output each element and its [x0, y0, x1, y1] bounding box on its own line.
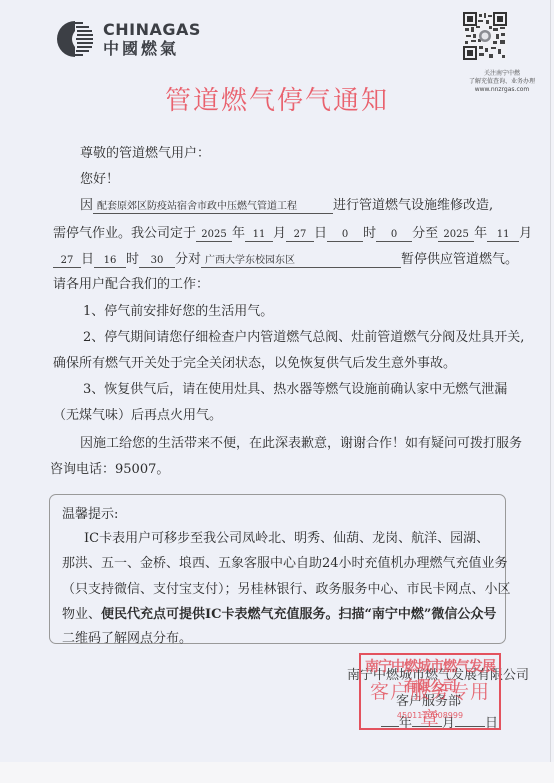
logo-english: CHINAGAS	[103, 22, 201, 38]
end-minute: 30	[139, 255, 175, 268]
suspend-text: 暂停供应管道燃气。	[401, 252, 518, 267]
end-hour: 16	[94, 255, 126, 268]
tips-line-4-bold: 便民代充点可提供IC卡表燃气充值服务。扫描“南宁中燃”微信公众号	[101, 607, 496, 622]
tips-heading: 温馨提示:	[62, 503, 118, 522]
salutation: 尊敬的管道燃气用户：	[80, 142, 210, 161]
unit-hour: 时	[126, 252, 139, 267]
page-title: 管道燃气停气通知	[0, 80, 554, 117]
end-day: 27	[53, 255, 81, 268]
end-year: 2025	[438, 229, 474, 242]
chinagas-logo: CHINAGAS 中國燃氣	[55, 20, 201, 58]
instruction-item-3-cont: （无煤气味）后再点火用气。	[53, 404, 222, 423]
for-label: 分对	[175, 252, 201, 267]
instructions-intro: 请各用户配合我们的工作：	[53, 273, 209, 292]
area-field: 广西大学东校园东区	[201, 255, 401, 268]
tips-line-5: 二维码了解网点分布。	[62, 627, 192, 646]
reason-prefix: 因	[80, 198, 93, 213]
apology-line-1: 因施工给您的生活带来不便，在此深表歉意，谢谢合作！如有疑问可拨打服务	[80, 432, 522, 451]
notice-line-1: 因配套原郊区防疫站宿舍市政中压燃气管道工程进行管道燃气设施维修改造,	[80, 194, 493, 214]
qr-caption-line: 关注南宁中燃	[450, 70, 554, 78]
service-hotline: 咨询电话：95007。	[50, 458, 169, 477]
stamp-code: 4501110008999	[361, 711, 499, 720]
instruction-item-2: 2、停气期间请您仔细检查户内管道燃气总阀、灶前管道燃气分阀及灶具开关,	[83, 326, 524, 345]
schedule-prefix: 需停气作业。我公司定于	[53, 226, 196, 241]
tips-line-2: 那洪、五一、金桥、埌西、五象客服中心自助24小时充值机办理燃气充值业务	[62, 552, 508, 571]
logo-chinese: 中國燃氣	[103, 41, 201, 57]
chinagas-logo-icon	[55, 19, 95, 59]
unit-day: 日	[314, 226, 327, 241]
end-month: 11	[487, 229, 519, 242]
tips-line-4-normal: 物业、	[62, 607, 101, 622]
notice-page: CHINAGAS 中國燃氣 关注南宁中燃 了解充值查询、业务办理 www.nnz…	[0, 0, 551, 762]
to-label: 分至	[412, 226, 438, 241]
notice-line-3: 27日16时30分对广西大学东校园东区暂停供应管道燃气。	[53, 248, 518, 268]
unit-day: 日	[81, 252, 94, 267]
page-bottom-margin	[0, 762, 554, 783]
instruction-item-2-cont: 确保所有燃气开关处于完全关闭状态，以免恢复供气后发生意外事故。	[53, 352, 456, 371]
tips-line-1: IC卡表用户可移步至我公司凤岭北、明秀、仙葫、龙岗、航洋、园湖、	[84, 527, 489, 546]
start-year: 2025	[196, 229, 232, 242]
unit-month: 月	[273, 226, 286, 241]
unit-year: 年	[474, 226, 487, 241]
unit-hour: 时	[363, 226, 376, 241]
greeting-hello: 您好！	[80, 168, 119, 187]
stamp-purpose: 客户服务专用章	[361, 677, 499, 731]
unit-month: 月	[519, 226, 532, 241]
reason-suffix: 进行管道燃气设施维修改造,	[333, 198, 493, 213]
start-minute: 0	[376, 229, 412, 242]
reason-field: 配套原郊区防疫站宿舍市政中压燃气管道工程	[93, 201, 333, 214]
unit-year: 年	[232, 226, 245, 241]
tips-line-3: （只支持微信、支付宝支付）；另桂林银行、政务服务中心、市民卡网点、小区	[62, 578, 511, 597]
instruction-item-1: 1、停气前安排好您的生活用气。	[83, 300, 273, 319]
tips-line-4: 物业、便民代充点可提供IC卡表燃气充值服务。扫描“南宁中燃”微信公众号	[62, 603, 496, 622]
notice-line-2: 需停气作业。我公司定于2025年11月27日0时0分至2025年11月	[53, 222, 532, 242]
official-stamp: 南宁中燃城市燃气发展有限公司 客户服务专用章 4501110008999	[359, 653, 501, 730]
start-hour: 0	[327, 229, 363, 242]
start-month: 11	[245, 229, 273, 242]
start-day: 27	[286, 229, 314, 242]
qr-code-icon	[463, 12, 507, 60]
instruction-item-3: 3、恢复供气后，请在使用灶具、热水器等燃气设施前确认家中无燃气泄漏	[83, 378, 507, 397]
